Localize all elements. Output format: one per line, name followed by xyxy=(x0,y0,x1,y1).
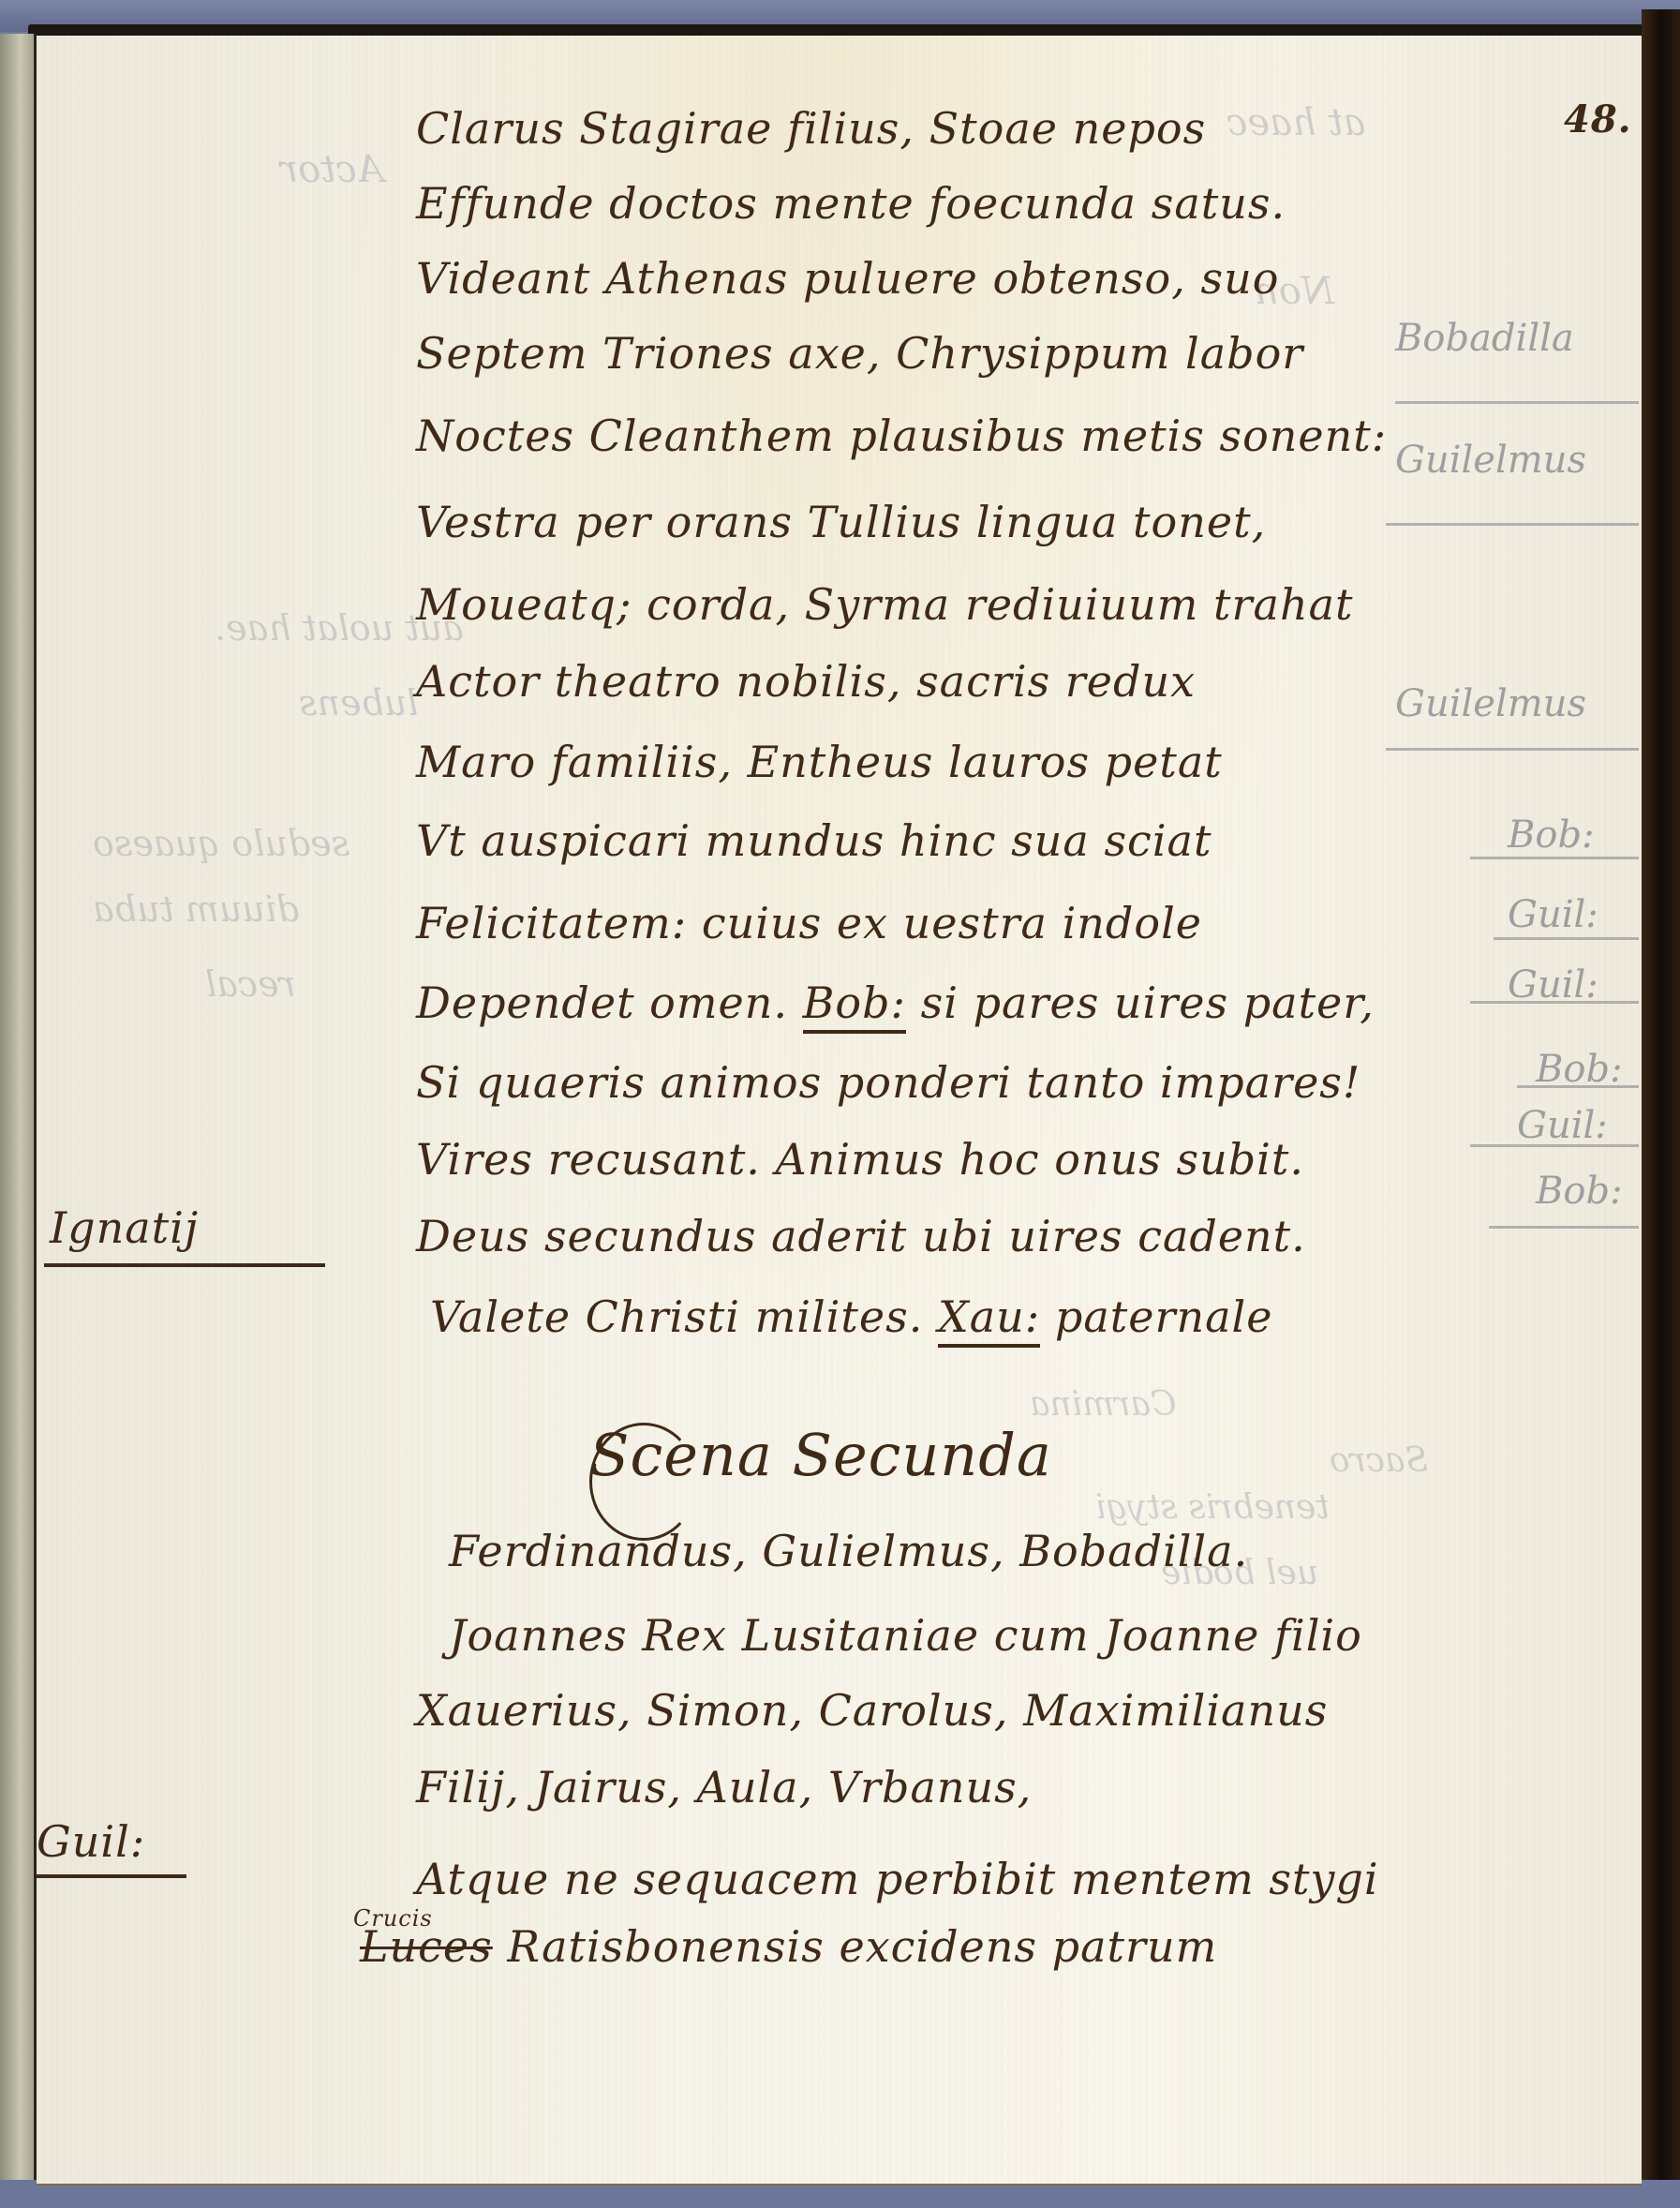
verse-line: Felicitatem: cuius ex uestra indole xyxy=(416,898,1202,948)
verse-line: Deus secundus aderit ubi uires cadent. xyxy=(416,1211,1306,1261)
verse-line: Vires recusant. Animus hoc onus subit. xyxy=(416,1134,1304,1185)
pencil-margin-name: Guilelmus xyxy=(1395,682,1586,725)
speaker-label-bob: Bob: xyxy=(803,977,906,1034)
verse-line-with-speaker: Dependet omen. Bob: si pares uires pater… xyxy=(416,977,1375,1028)
margin-speaker-guil: Guil: xyxy=(37,1816,145,1867)
pencil-margin-name: Bobadilla xyxy=(1395,317,1574,360)
verse-line: Moueatq; corda, Syrma rediuiuum trahat xyxy=(416,579,1353,630)
bleed-through-text: diuum tuba xyxy=(93,888,299,930)
manuscript-page: at haec Actor Non aut uolat hae. lubens … xyxy=(37,36,1642,2186)
verse-line: Vt auspicari mundus hinc sua sciat xyxy=(416,815,1212,866)
margin-underline xyxy=(44,1263,325,1267)
folio-number: 48. xyxy=(1564,97,1632,142)
facing-page-edge xyxy=(0,34,37,2180)
verse-line-with-speaker: Valete Christi milites. Xau: paternale xyxy=(430,1291,1272,1342)
pencil-rule xyxy=(1395,401,1639,404)
pencil-rule xyxy=(1470,857,1639,859)
bleed-through-text: recal xyxy=(205,963,296,1005)
pencil-margin-name: Bob: xyxy=(1508,813,1595,857)
pencil-margin-name: Bob: xyxy=(1536,1170,1623,1213)
speech-line: Atque ne sequacem perbibit mentem stygi xyxy=(416,1854,1379,1904)
verse-line: Vestra per orans Tullius lingua tonet, xyxy=(416,497,1266,547)
cast-line: Xauerius, Simon, Carolus, Maximilianus xyxy=(416,1685,1328,1736)
pencil-margin-name: Guil: xyxy=(1508,893,1598,936)
cast-line: Ferdinandus, Gulielmus, Bobadilla. xyxy=(449,1526,1248,1576)
verse-text: Ratisbonensis excidens patrum xyxy=(507,1921,1217,1972)
verse-line: Effunde doctos mente foecunda satus. xyxy=(416,178,1286,229)
cast-line: Filij, Jairus, Aula, Vrbanus, xyxy=(416,1762,1032,1813)
pencil-margin-name: Guil: xyxy=(1517,1104,1608,1147)
margin-underline xyxy=(37,1874,186,1878)
verse-line: Maro familiis, Entheus lauros petat xyxy=(416,737,1223,787)
bleed-through-text: at haec xyxy=(1227,101,1365,144)
pencil-rule xyxy=(1470,1144,1639,1147)
bleed-through-text: Sacro xyxy=(1330,1441,1428,1480)
verse-line: Noctes Cleanthem plausibus metis sonent: xyxy=(416,410,1387,461)
margin-speaker-ignatius: Ignatij xyxy=(50,1202,199,1253)
verse-text: si pares uires pater, xyxy=(921,977,1375,1028)
verse-line: Videant Athenas puluere obtenso, suo xyxy=(416,253,1279,304)
cast-line: Joannes Rex Lusitaniae cum Joanne filio xyxy=(449,1610,1362,1661)
pencil-rule xyxy=(1517,1085,1639,1088)
pencil-rule xyxy=(1494,937,1639,940)
pencil-rule xyxy=(1470,1001,1639,1004)
struck-word: Luces xyxy=(360,1921,493,1972)
scene-heading: Scena Secunda xyxy=(589,1421,1052,1489)
verse-line: Septem Triones axe, Chrysippum labor xyxy=(416,328,1303,379)
verse-text: Valete Christi milites. xyxy=(430,1291,923,1342)
verse-text: Dependet omen. xyxy=(416,977,788,1028)
verse-line: Si quaeris animos ponderi tanto impares! xyxy=(416,1057,1360,1108)
pencil-rule xyxy=(1386,523,1639,526)
pencil-margin-name: Guilelmus xyxy=(1395,439,1586,482)
verse-line: Actor theatro nobilis, sacris redux xyxy=(416,656,1196,707)
book-binding-edge xyxy=(1642,9,1680,2184)
pencil-rule xyxy=(1489,1226,1639,1229)
speech-line: Luces Ratisbonensis excidens patrum xyxy=(360,1921,1217,1972)
verse-text: paternale xyxy=(1055,1291,1273,1342)
bleed-through-text: lubens xyxy=(299,682,418,724)
verse-line: Clarus Stagirae filius, Stoae nepos xyxy=(416,103,1206,154)
speaker-label-xau: Xau: xyxy=(938,1291,1040,1348)
bleed-through-text: Actor xyxy=(280,148,384,191)
bleed-through-text: tenebris stygi xyxy=(1095,1488,1330,1527)
bleed-through-text: sedulo quaeso xyxy=(93,823,349,864)
bleed-through-text: Carmina xyxy=(1030,1385,1177,1424)
pencil-rule xyxy=(1386,748,1639,751)
